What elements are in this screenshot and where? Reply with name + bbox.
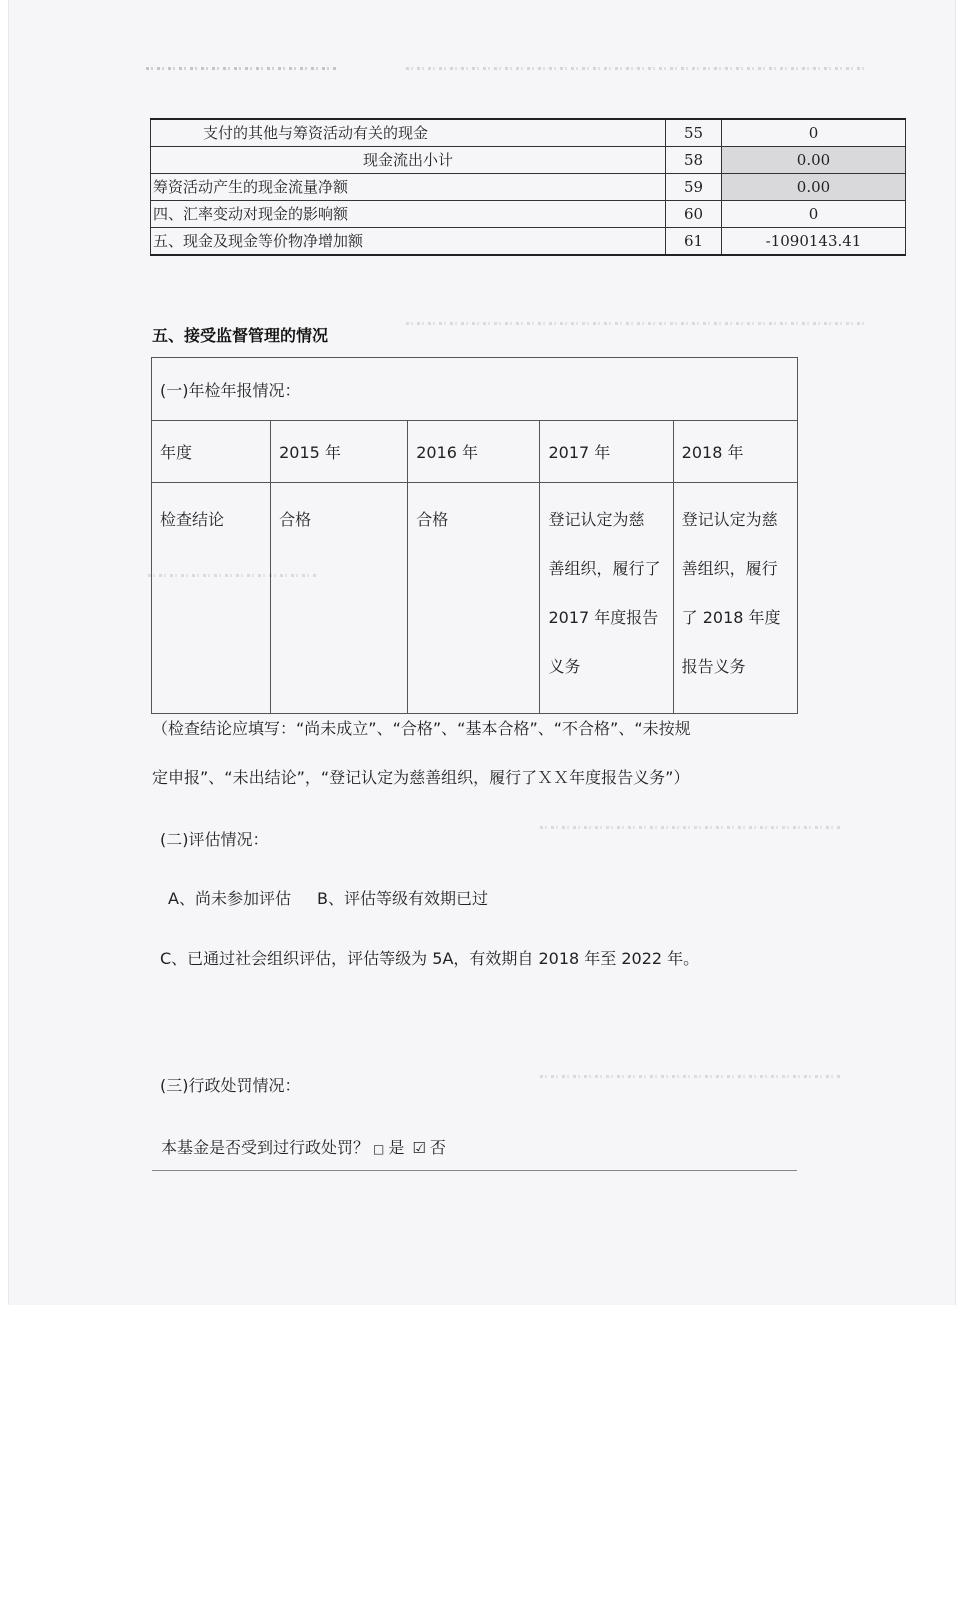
yes-label: 是	[388, 1138, 404, 1157]
row-value: 0.00	[722, 174, 906, 201]
annual-inspection-title: (一)年检年报情况：	[152, 358, 798, 421]
table-row: 四、汇率变动对现金的影响额 60 0	[151, 201, 906, 228]
evaluation-option-b: B、评估等级有效期已过	[317, 886, 488, 909]
header-2017: 2017 年	[540, 421, 673, 483]
row-label: 筹资活动产生的现金流量净额	[151, 174, 666, 201]
row-line-number: 61	[666, 228, 722, 256]
row-value: 0	[722, 201, 906, 228]
no-label: 否	[430, 1138, 446, 1157]
penalty-question-row: 本基金是否受到过行政处罚？□是☑否	[161, 1135, 446, 1158]
header-year: 年度	[152, 421, 271, 483]
cash-flow-table: 支付的其他与筹资活动有关的现金 55 0 现金流出小计 58 0.00 筹资活动…	[150, 118, 906, 256]
divider-line	[152, 1170, 797, 1171]
header-2015: 2015 年	[271, 421, 408, 483]
scan-artifact-line	[146, 67, 336, 70]
penalty-question: 本基金是否受到过行政处罚？	[161, 1138, 369, 1157]
table-header-row: 年度 2015 年 2016 年 2017 年 2018 年	[152, 421, 798, 483]
row-label: 四、汇率变动对现金的影响额	[151, 201, 666, 228]
table-row: 现金流出小计 58 0.00	[151, 147, 906, 174]
table-row: 五、现金及现金等价物净增加额 61 -1090143.41	[151, 228, 906, 256]
scan-artifact-line	[406, 67, 866, 70]
penalty-heading: (三)行政处罚情况：	[160, 1073, 301, 1096]
inspection-note-line-1: （检查结论应填写：“尚未成立”、“合格”、“基本合格”、“不合格”、“未按规	[152, 716, 691, 739]
table-row: 支付的其他与筹资活动有关的现金 55 0	[151, 119, 906, 147]
header-2018: 2018 年	[673, 421, 797, 483]
inspection-note-line-2: 定申报”、“未出结论”，“登记认定为慈善组织，履行了ＸＸ年度报告义务”）	[152, 765, 689, 788]
row-value: 0	[722, 119, 906, 147]
table-row: 筹资活动产生的现金流量净额 59 0.00	[151, 174, 906, 201]
section-heading: 五、接受监督管理的情况	[152, 323, 328, 346]
row-label: 五、现金及现金等价物净增加额	[151, 228, 666, 256]
row-value: -1090143.41	[722, 228, 906, 256]
row-line-number: 58	[666, 147, 722, 174]
table-title-row: (一)年检年报情况：	[152, 358, 798, 421]
row-line-number: 55	[666, 119, 722, 147]
evaluation-option-a: A、尚未参加评估	[168, 886, 291, 909]
checkbox-checked-icon[interactable]: ☑	[412, 1139, 425, 1157]
evaluation-heading: (二)评估情况：	[160, 827, 269, 850]
row-label: 支付的其他与筹资活动有关的现金	[151, 119, 666, 147]
conclusion-label: 检查结论	[152, 483, 271, 714]
annual-inspection-table: (一)年检年报情况： 年度 2015 年 2016 年 2017 年 2018 …	[151, 357, 798, 714]
conclusion-2015: 合格	[271, 483, 408, 714]
row-line-number: 60	[666, 201, 722, 228]
scan-artifact-line	[540, 826, 840, 829]
evaluation-option-c: C、已通过社会组织评估，评估等级为 5A，有效期自 2018 年至 2022 年…	[160, 946, 699, 969]
conclusion-2017: 登记认定为慈 善组织，履行了 2017 年度报告 义务	[540, 483, 673, 714]
row-value: 0.00	[722, 147, 906, 174]
scan-artifact-line	[540, 1075, 840, 1078]
row-line-number: 59	[666, 174, 722, 201]
table-row: 检查结论 合格 合格 登记认定为慈 善组织，履行了 2017 年度报告 义务 登…	[152, 483, 798, 714]
checkbox-unchecked-icon[interactable]: □	[373, 1142, 384, 1156]
conclusion-2018: 登记认定为慈 善组织，履行 了 2018 年度 报告义务	[673, 483, 797, 714]
header-2016: 2016 年	[408, 421, 540, 483]
row-label: 现金流出小计	[151, 147, 666, 174]
scan-artifact-line	[406, 322, 866, 325]
conclusion-2016: 合格	[408, 483, 540, 714]
